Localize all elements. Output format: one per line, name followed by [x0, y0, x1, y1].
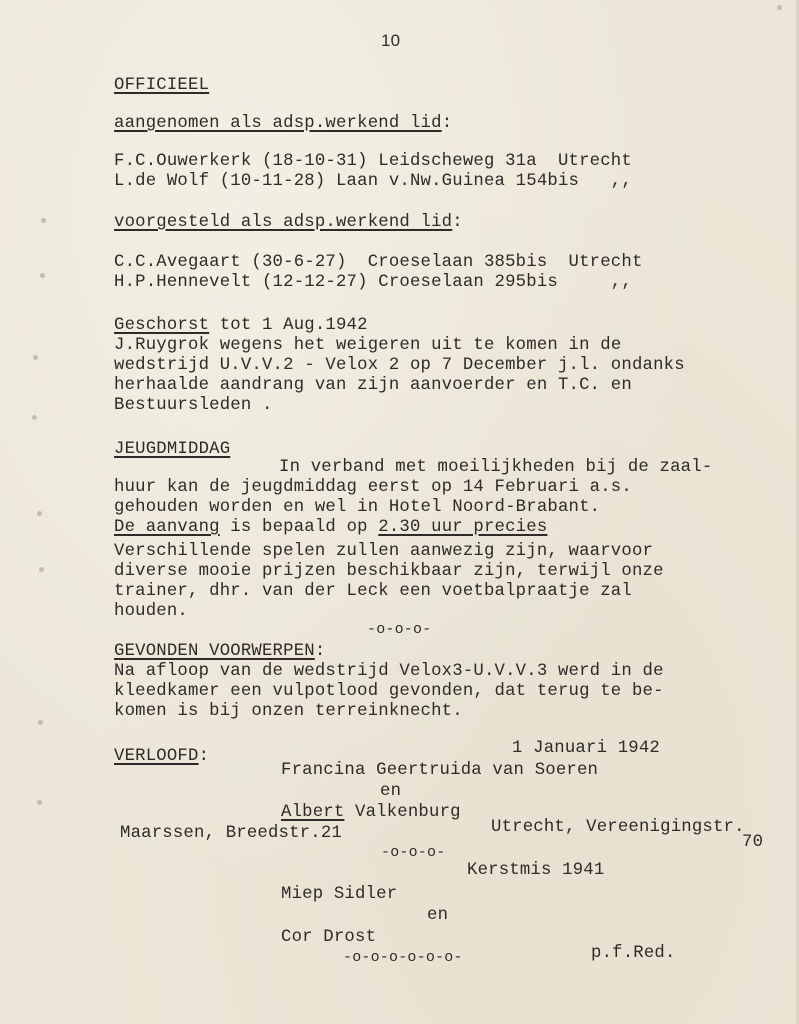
engagement-address: Maarssen, Breedstr.21	[120, 824, 342, 844]
engagement-person-last: Valkenburg	[344, 803, 460, 822]
section-heading-gevonden: GEVONDEN VOORWERPEN:	[114, 642, 325, 662]
engagement-and: en	[380, 782, 401, 802]
subheading-proposed: voorgesteld als adsp.werkend lid:	[114, 213, 463, 233]
paragraph-line: houden.	[114, 602, 188, 622]
separator: -o-o-o-	[381, 843, 445, 863]
subheading-proposed-text: voorgesteld als adsp.werkend lid	[114, 213, 452, 232]
suspension-line: herhaalde aandrang van zijn aanvoerder e…	[114, 376, 632, 396]
punch-mark	[777, 5, 782, 10]
section-heading-jeugdmiddag: JEUGDMIDDAG	[114, 440, 230, 460]
punch-mark	[40, 273, 45, 278]
suspension-title: Geschorst tot 1 Aug.1942	[114, 316, 368, 336]
engagement-person: Cor Drost	[281, 928, 376, 948]
engagement-date: 1 Januari 1942	[512, 739, 660, 759]
punch-mark	[41, 218, 46, 223]
suspension-label: Geschorst	[114, 316, 209, 335]
paragraph-line: huur kan de jeugdmiddag eerst op 14 Febr…	[114, 478, 632, 498]
punch-mark	[32, 415, 37, 420]
section-heading-officieel: OFFICIEEL	[114, 76, 209, 96]
start-time-line: De aanvang is bepaald op 2.30 uur precie…	[114, 518, 547, 538]
start-mid: is bepaald op	[220, 518, 379, 537]
punch-mark	[37, 800, 42, 805]
punch-mark	[39, 567, 44, 572]
document-page: 10 OFFICIEEL aangenomen als adsp.werkend…	[0, 0, 799, 1024]
paragraph-line: diverse mooie prijzen beschikbaar zijn, …	[114, 562, 664, 582]
start-label: De aanvang	[114, 518, 220, 537]
subheading-accepted: aangenomen als adsp.werkend lid:	[114, 114, 452, 134]
engagement-address: Utrecht, Vereenigingstr.	[491, 818, 745, 838]
suspension-date: tot 1 Aug.1942	[209, 316, 368, 335]
suspension-text: wegens het weigeren uit te komen in de	[209, 336, 621, 355]
member-line: L.de Wolf (10-11-28) Laan v.Nw.Guinea 15…	[114, 172, 632, 192]
paragraph-line: kleedkamer een vulpotlood gevonden, dat …	[114, 682, 664, 702]
engagement-person: Albert Valkenburg	[281, 803, 461, 823]
engagement-date: Kerstmis 1941	[467, 861, 604, 881]
punch-mark	[37, 511, 42, 516]
signature: p.f.Red.	[591, 944, 676, 964]
subheading-accepted-text: aangenomen als adsp.werkend lid	[114, 114, 442, 133]
paragraph-line: In verband met moeilijkheden bij de zaal…	[279, 458, 712, 478]
suspended-name: J.Ruygrok	[114, 336, 209, 355]
section-heading-verloofd: VERLOOFD:	[114, 747, 209, 767]
verloofd-heading-text: VERLOOFD	[114, 747, 199, 766]
suspension-line: wedstrijd U.V.V.2 - Velox 2 op 7 Decembe…	[114, 356, 685, 376]
engagement-person: Miep Sidler	[281, 885, 397, 905]
engagement-person-first: Albert	[281, 803, 344, 822]
engagement-person: Francina Geertruida van Soeren	[281, 761, 598, 781]
gevonden-heading-text: GEVONDEN VOORWERPEN	[114, 642, 315, 661]
member-line: C.C.Avegaart (30-6-27) Croeselaan 385bis…	[114, 253, 643, 273]
paragraph-line: Na afloop van de wedstrijd Velox3-U.V.V.…	[114, 662, 664, 682]
separator: -o-o-o-	[367, 620, 431, 640]
suspension-line: Bestuursleden .	[114, 396, 273, 416]
member-line: F.C.Ouwerkerk (18-10-31) Leidscheweg 31a…	[114, 152, 632, 172]
start-time: 2.30 uur precies	[378, 518, 547, 537]
separator: -o-o-o-o-o-o-	[343, 948, 463, 968]
paragraph-line: gehouden worden en wel in Hotel Noord-Br…	[114, 498, 600, 518]
page-number: 10	[381, 31, 400, 51]
engagement-and: en	[427, 906, 448, 926]
member-line: H.P.Hennevelt (12-12-27) Croeselaan 295b…	[114, 273, 632, 293]
paragraph-line: komen is bij onzen terreinknecht.	[114, 702, 463, 722]
punch-mark	[38, 720, 43, 725]
punch-mark	[33, 355, 38, 360]
suspension-line: J.Ruygrok wegens het weigeren uit te kom…	[114, 336, 621, 356]
engagement-address-number: 70	[742, 833, 763, 853]
paragraph-line: trainer, dhr. van der Leck een voetbalpr…	[114, 582, 632, 602]
paragraph-line: Verschillende spelen zullen aanwezig zij…	[114, 542, 653, 562]
